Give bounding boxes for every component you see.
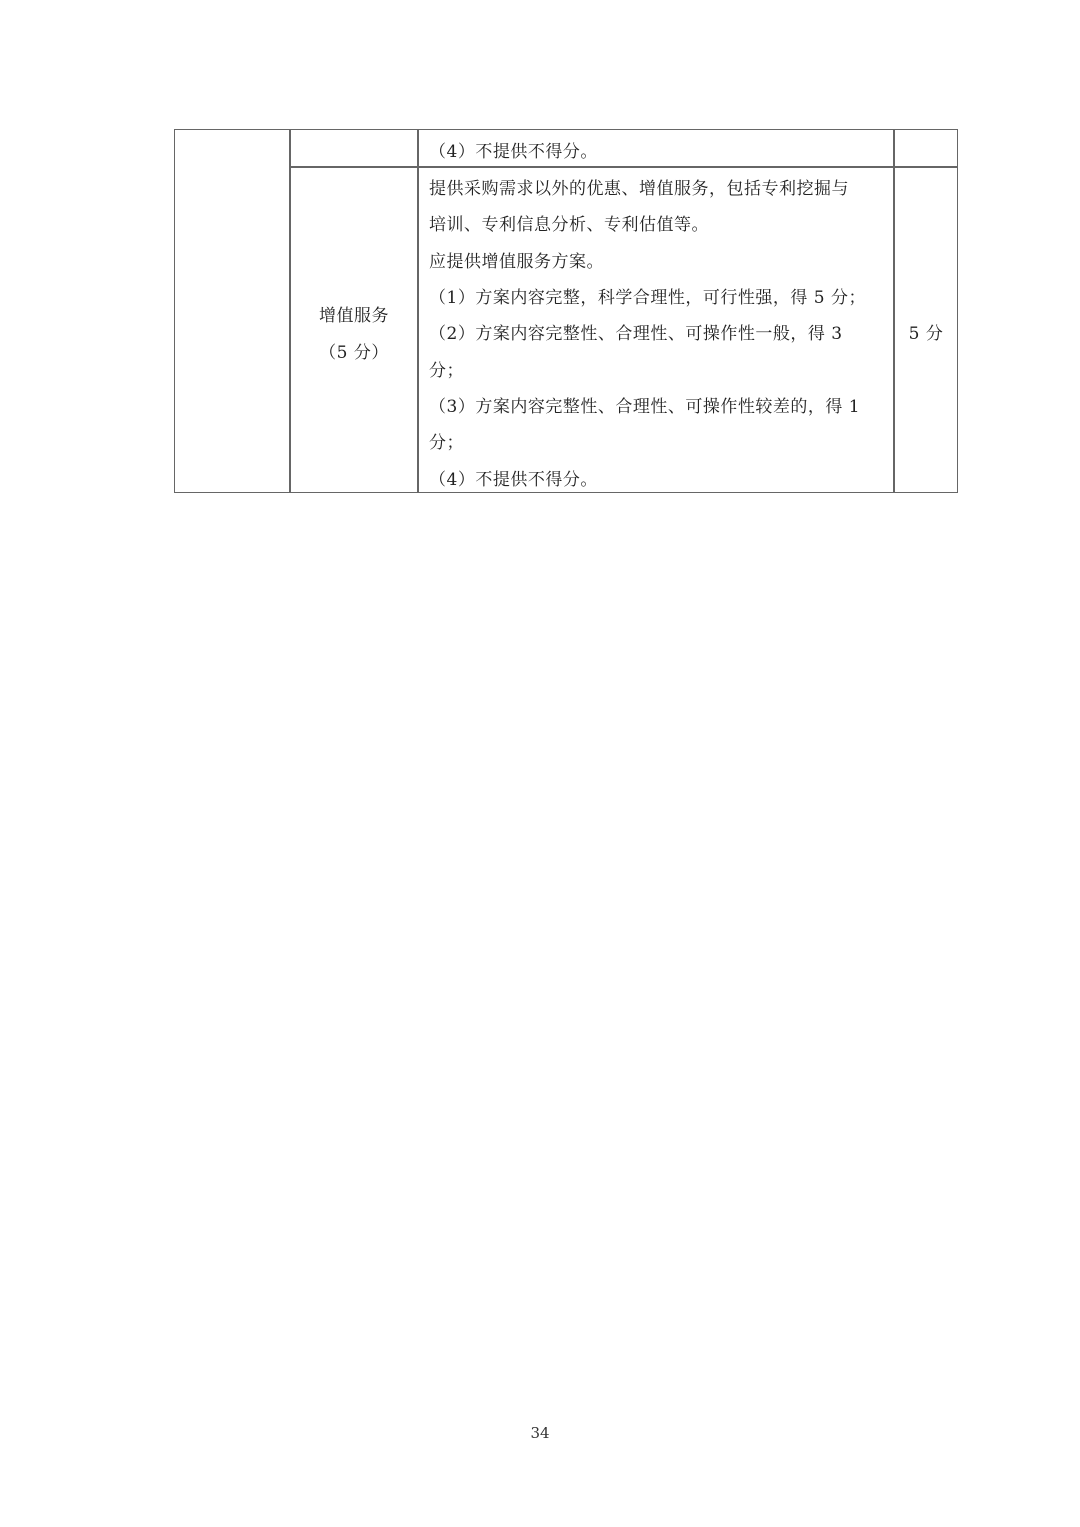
criteria-line: （1）方案内容完整，科学合理性，可行性强，得 5 分； bbox=[429, 288, 866, 308]
score-value: 5 分 bbox=[895, 324, 957, 344]
criteria-line: 提供采购需求以外的优惠、增值服务，包括专利挖掘与 bbox=[429, 179, 849, 199]
criteria-line-prev: （4）不提供不得分。 bbox=[429, 142, 598, 162]
criteria-line: （4）不提供不得分。 bbox=[429, 470, 598, 490]
column-divider-2 bbox=[417, 130, 419, 492]
item-name: 增值服务 bbox=[291, 306, 417, 326]
criteria-line: 分； bbox=[429, 433, 464, 453]
item-points: （5 分） bbox=[291, 343, 417, 363]
column-divider-3 bbox=[893, 130, 895, 492]
criteria-line: 分； bbox=[429, 361, 464, 381]
criteria-line: 应提供增值服务方案。 bbox=[429, 252, 604, 272]
criteria-line: （3）方案内容完整性、合理性、可操作性较差的，得 1 bbox=[429, 397, 860, 417]
row-divider bbox=[289, 166, 957, 168]
criteria-line: （2）方案内容完整性、合理性、可操作性一般，得 3 bbox=[429, 324, 843, 344]
scoring-table: （4）不提供不得分。 增值服务 （5 分） 提供采购需求以外的优惠、增值服务，包… bbox=[174, 129, 958, 493]
criteria-line: 培训、专利信息分析、专利估值等。 bbox=[429, 215, 709, 235]
page-number: 34 bbox=[0, 1424, 1080, 1442]
